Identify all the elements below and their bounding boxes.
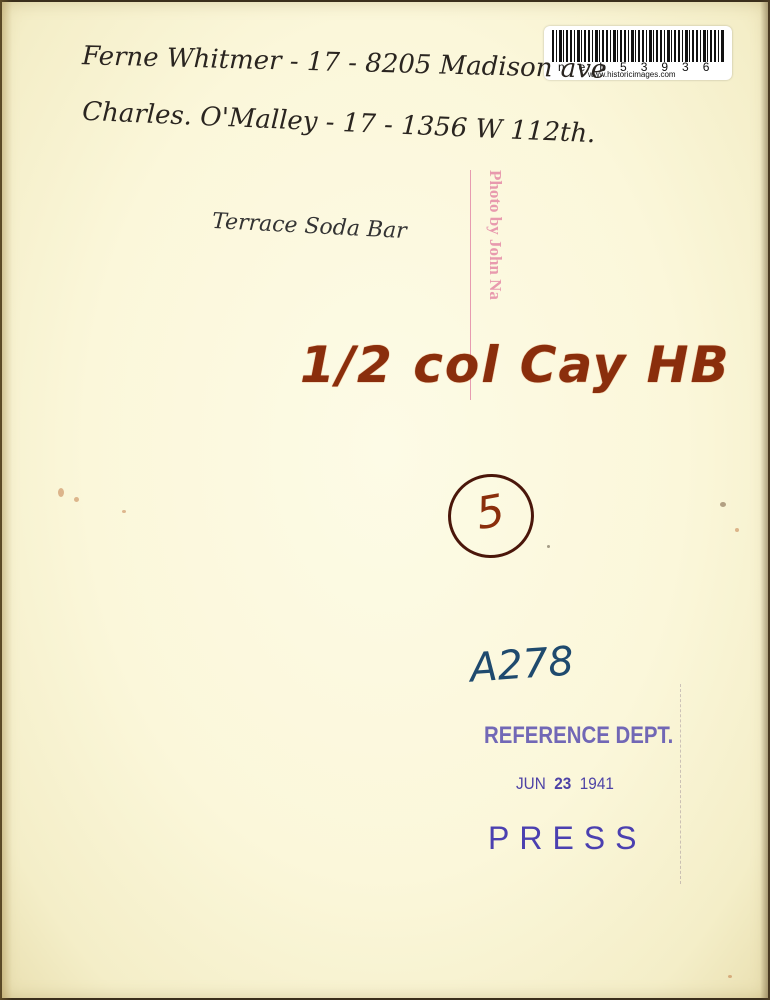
handwritten-caption: Terrace Soda Bar [211,209,407,244]
date-year: 1941 [580,774,614,793]
date-day: 23 [554,774,571,793]
handwritten-line-2: Charles. O'Malley - 17 - 1356 W 112th. [82,97,596,149]
aged-left-edge [0,0,12,1000]
aged-right-edge [760,0,770,1000]
circled-number-value: 5 [447,480,535,544]
foxing-spot [74,497,79,502]
foxing-spot [735,528,739,532]
foxing-spot [720,502,726,507]
date-month: JUN [516,774,546,793]
date-stamp: JUN 23 1941 [516,774,614,794]
foxing-spot [58,488,64,497]
reference-dept-stamp: REFERENCE DEPT. [484,722,673,750]
crayon-size-note: 1/2 col Cay HB [300,336,731,394]
photo-credit-text: Photo by John Na [485,170,505,300]
photo-back-sheet: neb53936 www.historicimages.com Ferne Wh… [0,0,770,1000]
circled-number: 5 [441,467,540,565]
foxing-spot [122,510,126,513]
press-stamp: PRESS [488,820,646,857]
handwritten-line-1: Ferne Whitmer - 17 - 8205 Madison ave [82,41,607,85]
foxing-spot [547,545,550,548]
foxing-spot [728,975,732,978]
